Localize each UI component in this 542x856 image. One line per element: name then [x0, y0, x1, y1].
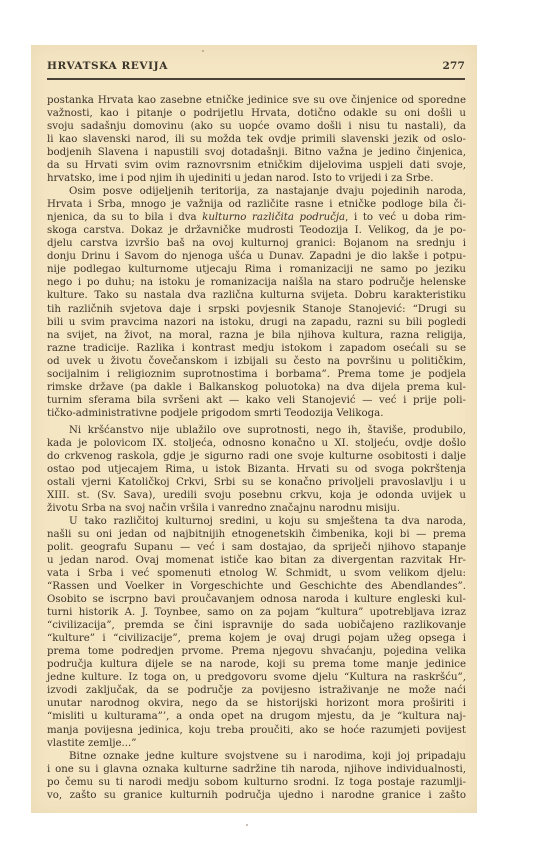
text-line: i one su i glavna oznaka kulturne sadrži… — [47, 763, 466, 776]
line-part: njenica, da su to bila i dva — [47, 212, 202, 223]
text-line: razne tradicije. Razlika i kontrast medj… — [47, 342, 466, 355]
line-part: , i to već u doba rim- — [345, 212, 466, 223]
text-line: područja kultura dijele se na narode, ko… — [47, 658, 466, 671]
text-line: rimske države (pa dakle i Balkanskog pol… — [47, 381, 466, 394]
text-line: nego i po duhu; na istoku je romanizacij… — [47, 276, 466, 289]
text-line: tih različnih svjetova daje i srpski pov… — [47, 303, 466, 316]
text-line: do crkvenog raskola, gdje je sigurno rad… — [47, 450, 466, 463]
text-line: postanka Hrvata kao zasebne etničke jedi… — [47, 94, 466, 107]
text-line: po čemu su ti narodi medju sobom kulturn… — [47, 776, 466, 789]
print-speck — [246, 824, 248, 826]
text-line: Osobito se iscrpno bavi proučavanjem odn… — [47, 593, 466, 606]
text-line: manja povijesna jedinica, koju treba pro… — [47, 724, 466, 737]
text-line: prema tome podredjen prvome. Prema njego… — [47, 645, 466, 658]
text-line: XIII. st. (Sv. Sava), uredili svoju pose… — [47, 489, 466, 502]
text-line: li kao slavenski narod, ili su možda tek… — [47, 133, 466, 146]
text-line: djelu carstva izvršio baš na ovoj kultur… — [47, 237, 466, 250]
print-speck — [202, 50, 204, 52]
text-line: “civilizacija”, premda se čini ispravnij… — [47, 619, 466, 632]
text-line: kada je polovicom IX. stoljeća, odnosno … — [47, 437, 466, 450]
text-line: tičko-administrativne podjele prigodom s… — [47, 407, 466, 420]
text-line: turni historik A. J. Toynbee, samo on za… — [47, 606, 466, 619]
text-line: polit. geografu Supanu — već i sam dosta… — [47, 541, 466, 554]
text-line: bodjenih Slavena i napustili svoj dotada… — [47, 146, 466, 159]
text-line: unutar narodnog okvira, nego da se histo… — [47, 697, 466, 710]
paragraph-first-line: Bitne oznake jedne kulture svojstvene su… — [47, 750, 466, 763]
text-line: svoju sadašnju domovinu (ako su uopće ov… — [47, 120, 466, 133]
text-line: važnosti, kao i pitanje o podrijetlu Hrv… — [47, 107, 466, 120]
text-line: skoga carstva. Dokaz je državničke mudro… — [47, 224, 466, 237]
text-line: izvodi zaključak, da se područje za povi… — [47, 684, 466, 697]
text-line: kulture. Tako su nastala dva različna ku… — [47, 289, 466, 302]
body-text: postanka Hrvata kao zasebne etničke jedi… — [47, 94, 466, 802]
italic-phrase: kulturno različita područja — [202, 212, 345, 223]
paragraph-first-line: U tako različitoj kulturnoj sredini, u k… — [47, 515, 466, 528]
text-line: “Rassen und Voelker in Vorgeschichte und… — [47, 580, 466, 593]
journal-title: HRVATSKA REVIJA — [47, 60, 168, 72]
text-line: turnim sferama bila svršeni akt — kako v… — [47, 394, 466, 407]
text-line: životu Srba na svoj način vršila i vanre… — [47, 502, 466, 515]
text-line-with-italic: njenica, da su to bila i dva kulturno ra… — [47, 211, 466, 224]
text-line: vata i Srba i već spomenuti etnolog W. S… — [47, 567, 466, 580]
text-line: da su Hrvati svim ovim raznovrsnim etnič… — [47, 159, 466, 172]
text-line: bili u svim pravcima nazori na istoku, d… — [47, 316, 466, 329]
header-rule — [47, 78, 465, 80]
text-line: nije podlegao kulturnome utjecaju Rima i… — [47, 263, 466, 276]
text-line: “kulture” i “civilizacije”, prema kojem … — [47, 632, 466, 645]
text-line: ostao pod utjecajem Rima, u istok Bizant… — [47, 463, 466, 476]
text-line: donju Drinu i Savom do njenoga ušća u Du… — [47, 250, 466, 263]
text-line: u jedan narod. Ovaj momenat ističe kao b… — [47, 554, 466, 567]
document-page: HRVATSKA REVIJA 277 postanka Hrvata kao … — [31, 45, 477, 813]
paragraph-first-line: Osim posve odijeljenih teritorija, za na… — [47, 185, 466, 198]
text-line: jedne kulture. Iz toga on, u predgovoru … — [47, 671, 466, 684]
text-line: “misliti u kulturama”’, a onda opet na d… — [47, 710, 466, 723]
text-line: Hrvata i Srba, mnogo je važnija od razli… — [47, 198, 466, 211]
text-line: socijalnim i religioznim suprotnostima i… — [47, 368, 466, 381]
text-line: vo, zašto su granice kulturnih područja … — [47, 789, 466, 802]
text-line: hrvatsko, ime i pod njim ih ujediniti u … — [47, 172, 466, 185]
text-line: na svijet, na život, na moral, razna je … — [47, 329, 466, 342]
text-line: ostali vjerni Katoličkoj Crkvi, Srbi su … — [47, 476, 466, 489]
running-header: HRVATSKA REVIJA 277 — [47, 60, 465, 74]
text-line: vlastite zemlje...” — [47, 737, 466, 750]
text-line: od uvek u životu čovečanskom i izbijali … — [47, 355, 466, 368]
page-number: 277 — [442, 60, 465, 72]
paragraph-first-line: Ni kršćanstvo nije ublažilo ove suprotno… — [47, 424, 466, 437]
text-line: našli su oni jedan od najbitnijih etnoge… — [47, 528, 466, 541]
